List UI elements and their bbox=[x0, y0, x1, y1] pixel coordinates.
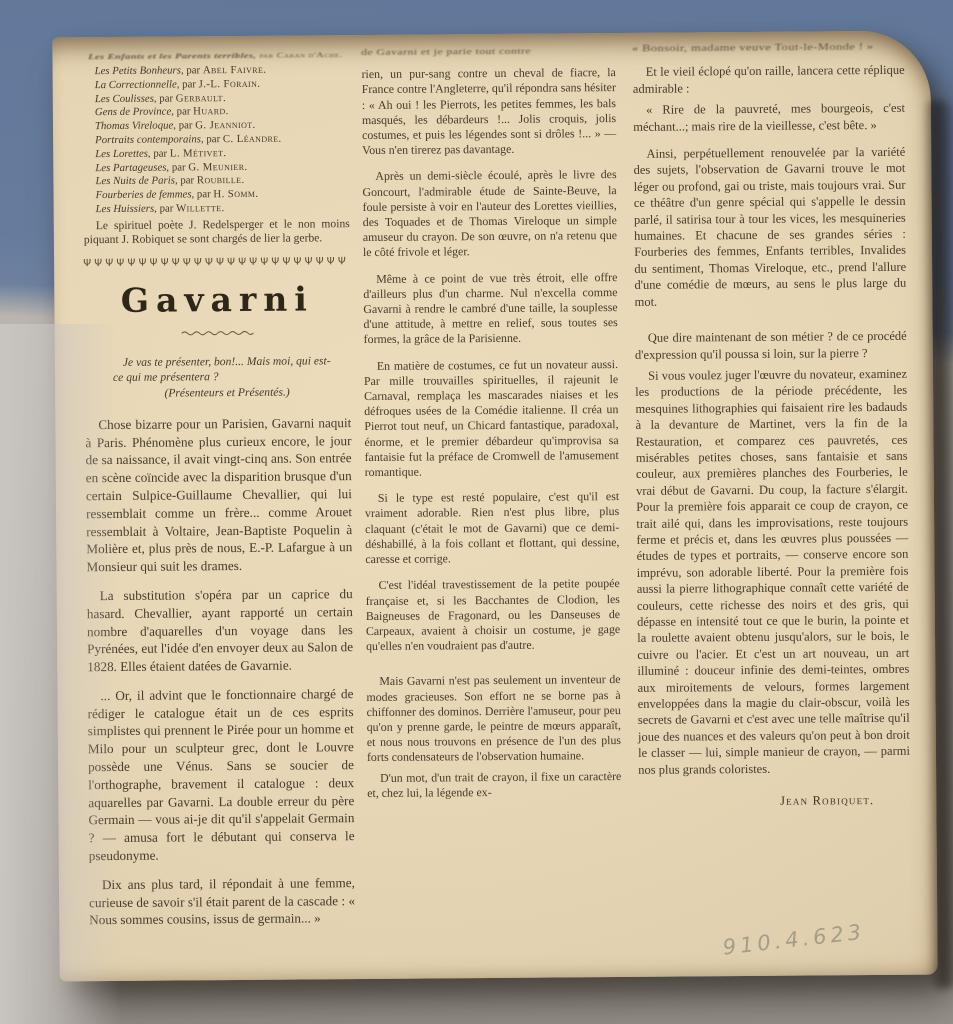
epigraph: Je vas te présenter, bon!... Mais moi, q… bbox=[113, 354, 341, 402]
book-author: Willette. bbox=[176, 202, 225, 214]
paragraph: rien, un pur-sang contre un cheval de fi… bbox=[362, 65, 617, 158]
column-left: Les Enfants et les Parents terribles, pa… bbox=[82, 45, 355, 967]
paragraph: Dix ans plus tard, il répondait à une fe… bbox=[89, 874, 355, 929]
book-title: Fourberies de femmes bbox=[96, 189, 192, 202]
book-author: C. Léandre. bbox=[223, 133, 282, 145]
book-author: Gerbault. bbox=[176, 92, 226, 104]
paragraph: Après un demi-siècle écoulé, après le li… bbox=[362, 167, 617, 260]
paragraph: C'est l'idéal travestissement de la peti… bbox=[366, 576, 621, 654]
book-title: Gens de Province bbox=[95, 106, 171, 119]
par-text: , par bbox=[181, 64, 203, 76]
paragraph: En matière de costumes, ce fut un novate… bbox=[364, 357, 619, 481]
book-list-item-distorted: Les Enfants et les Parents terribles, pa… bbox=[82, 51, 349, 62]
wavy-rule-icon bbox=[182, 330, 254, 337]
par-text: , par bbox=[154, 202, 176, 214]
book-author: L. Métivet. bbox=[170, 147, 227, 159]
photo-of-book-page: { "colors":{"backdrop_blue":"#667c9d","t… bbox=[0, 0, 953, 1024]
book-title: Les Partageuses bbox=[95, 161, 166, 174]
book-title: Les Huissiers bbox=[96, 203, 155, 215]
par-text: , par bbox=[177, 78, 199, 90]
paragraph: Mais Gavarni n'est pas seulement un inve… bbox=[366, 672, 621, 765]
book-title: La Correctionnelle bbox=[95, 78, 177, 91]
fleuron-ornament-row: ΨΨΨΨΨΨΨΨΨΨΨΨΨΨΨΨΨΨΨΨΨΨΨΨ bbox=[82, 256, 350, 269]
book-author: Roubille. bbox=[197, 174, 245, 186]
book-list: Les Enfants et les Parents terribles, pa… bbox=[82, 51, 349, 248]
book-author: Abel Faivre. bbox=[203, 64, 267, 76]
epigraph-quote: Je vas te présenter, bon!... Mais moi, q… bbox=[113, 354, 341, 385]
book-author: par Caran d'Ache. bbox=[259, 51, 343, 60]
paragraph: Si vous voulez juger l'œuvre du novateur… bbox=[635, 366, 910, 778]
page-curl-shadow bbox=[923, 100, 953, 988]
book-author: J.-L. Forain. bbox=[199, 78, 261, 90]
paragraph: Si le type est resté populaire, c'est qu… bbox=[365, 489, 620, 567]
epigraph-source: (Présenteurs et Présentés.) bbox=[113, 385, 341, 401]
par-text: , par bbox=[154, 92, 176, 104]
book-title: Portraits contemporains bbox=[95, 133, 201, 146]
paragraph: La substitution s'opéra par un caprice d… bbox=[87, 585, 354, 676]
book-title: Les Petits Bonheurs bbox=[95, 64, 181, 77]
paragraph: Ainsi, perpétuellement renouvelée par la… bbox=[633, 144, 906, 310]
book-title: Thomas Vireloque bbox=[95, 120, 173, 133]
book-title: Les Nuits de Paris bbox=[95, 175, 175, 188]
par-text: , par bbox=[201, 133, 223, 145]
book-author: G. Jeanniot. bbox=[195, 119, 256, 131]
column-middle: de Gavarni et je parie tout contre rien,… bbox=[361, 43, 622, 965]
article-title: Gavarni bbox=[84, 279, 350, 320]
book-title: Les Lorettes bbox=[95, 147, 148, 159]
paragraph: D'un mot, d'un trait de crayon, il fixe … bbox=[367, 769, 621, 801]
paragraph: « Rire de la pauvreté, mes bourgeois, c'… bbox=[633, 100, 905, 135]
book-list-item: Les Huissiers, par Willette. bbox=[84, 201, 350, 217]
scanned-page: Les Enfants et les Parents terribles, pa… bbox=[52, 31, 937, 982]
book-title: Les Coulisses bbox=[95, 92, 154, 104]
book-author: G. Meunier. bbox=[188, 161, 247, 173]
paragraph: ... Or, il advint que le fonctionnaire c… bbox=[87, 685, 354, 865]
column-right: « Bonsoir, madame veuve Tout-le-Monde ! … bbox=[629, 41, 912, 963]
par-text: , par bbox=[191, 188, 213, 200]
book-list-closing: Le spirituel poète J. Redelsperger et le… bbox=[84, 217, 350, 248]
paragraph: Que dire maintenant de son métier ? de c… bbox=[635, 328, 907, 363]
paragraph: Chose bizarre pour un Parisien, Gavarni … bbox=[85, 414, 352, 576]
page-content: Les Enfants et les Parents terribles, pa… bbox=[82, 41, 911, 967]
wavy-rule bbox=[85, 322, 351, 342]
book-author: Huard. bbox=[193, 105, 229, 117]
paragraph: Même à ce point de vue très étroit, elle… bbox=[363, 270, 618, 348]
author-signature: Jean Robiquet. bbox=[638, 792, 910, 811]
paragraph: Et le vieil éclopé qu'on raille, lancera… bbox=[633, 62, 905, 97]
par-text: , par bbox=[173, 120, 195, 132]
par-text: , par bbox=[148, 147, 170, 159]
par-text: , par bbox=[171, 106, 193, 118]
par-text: , par bbox=[166, 161, 188, 173]
book-author: H. Somm. bbox=[213, 188, 258, 200]
distorted-top-line: de Gavarni et je parie tout contre bbox=[361, 45, 616, 58]
book-title: Les Enfants et les Parents terribles, bbox=[88, 52, 257, 61]
distorted-top-line: « Bonsoir, madame veuve Tout-le-Monde ! … bbox=[632, 41, 905, 55]
par-text: , par bbox=[175, 175, 197, 187]
